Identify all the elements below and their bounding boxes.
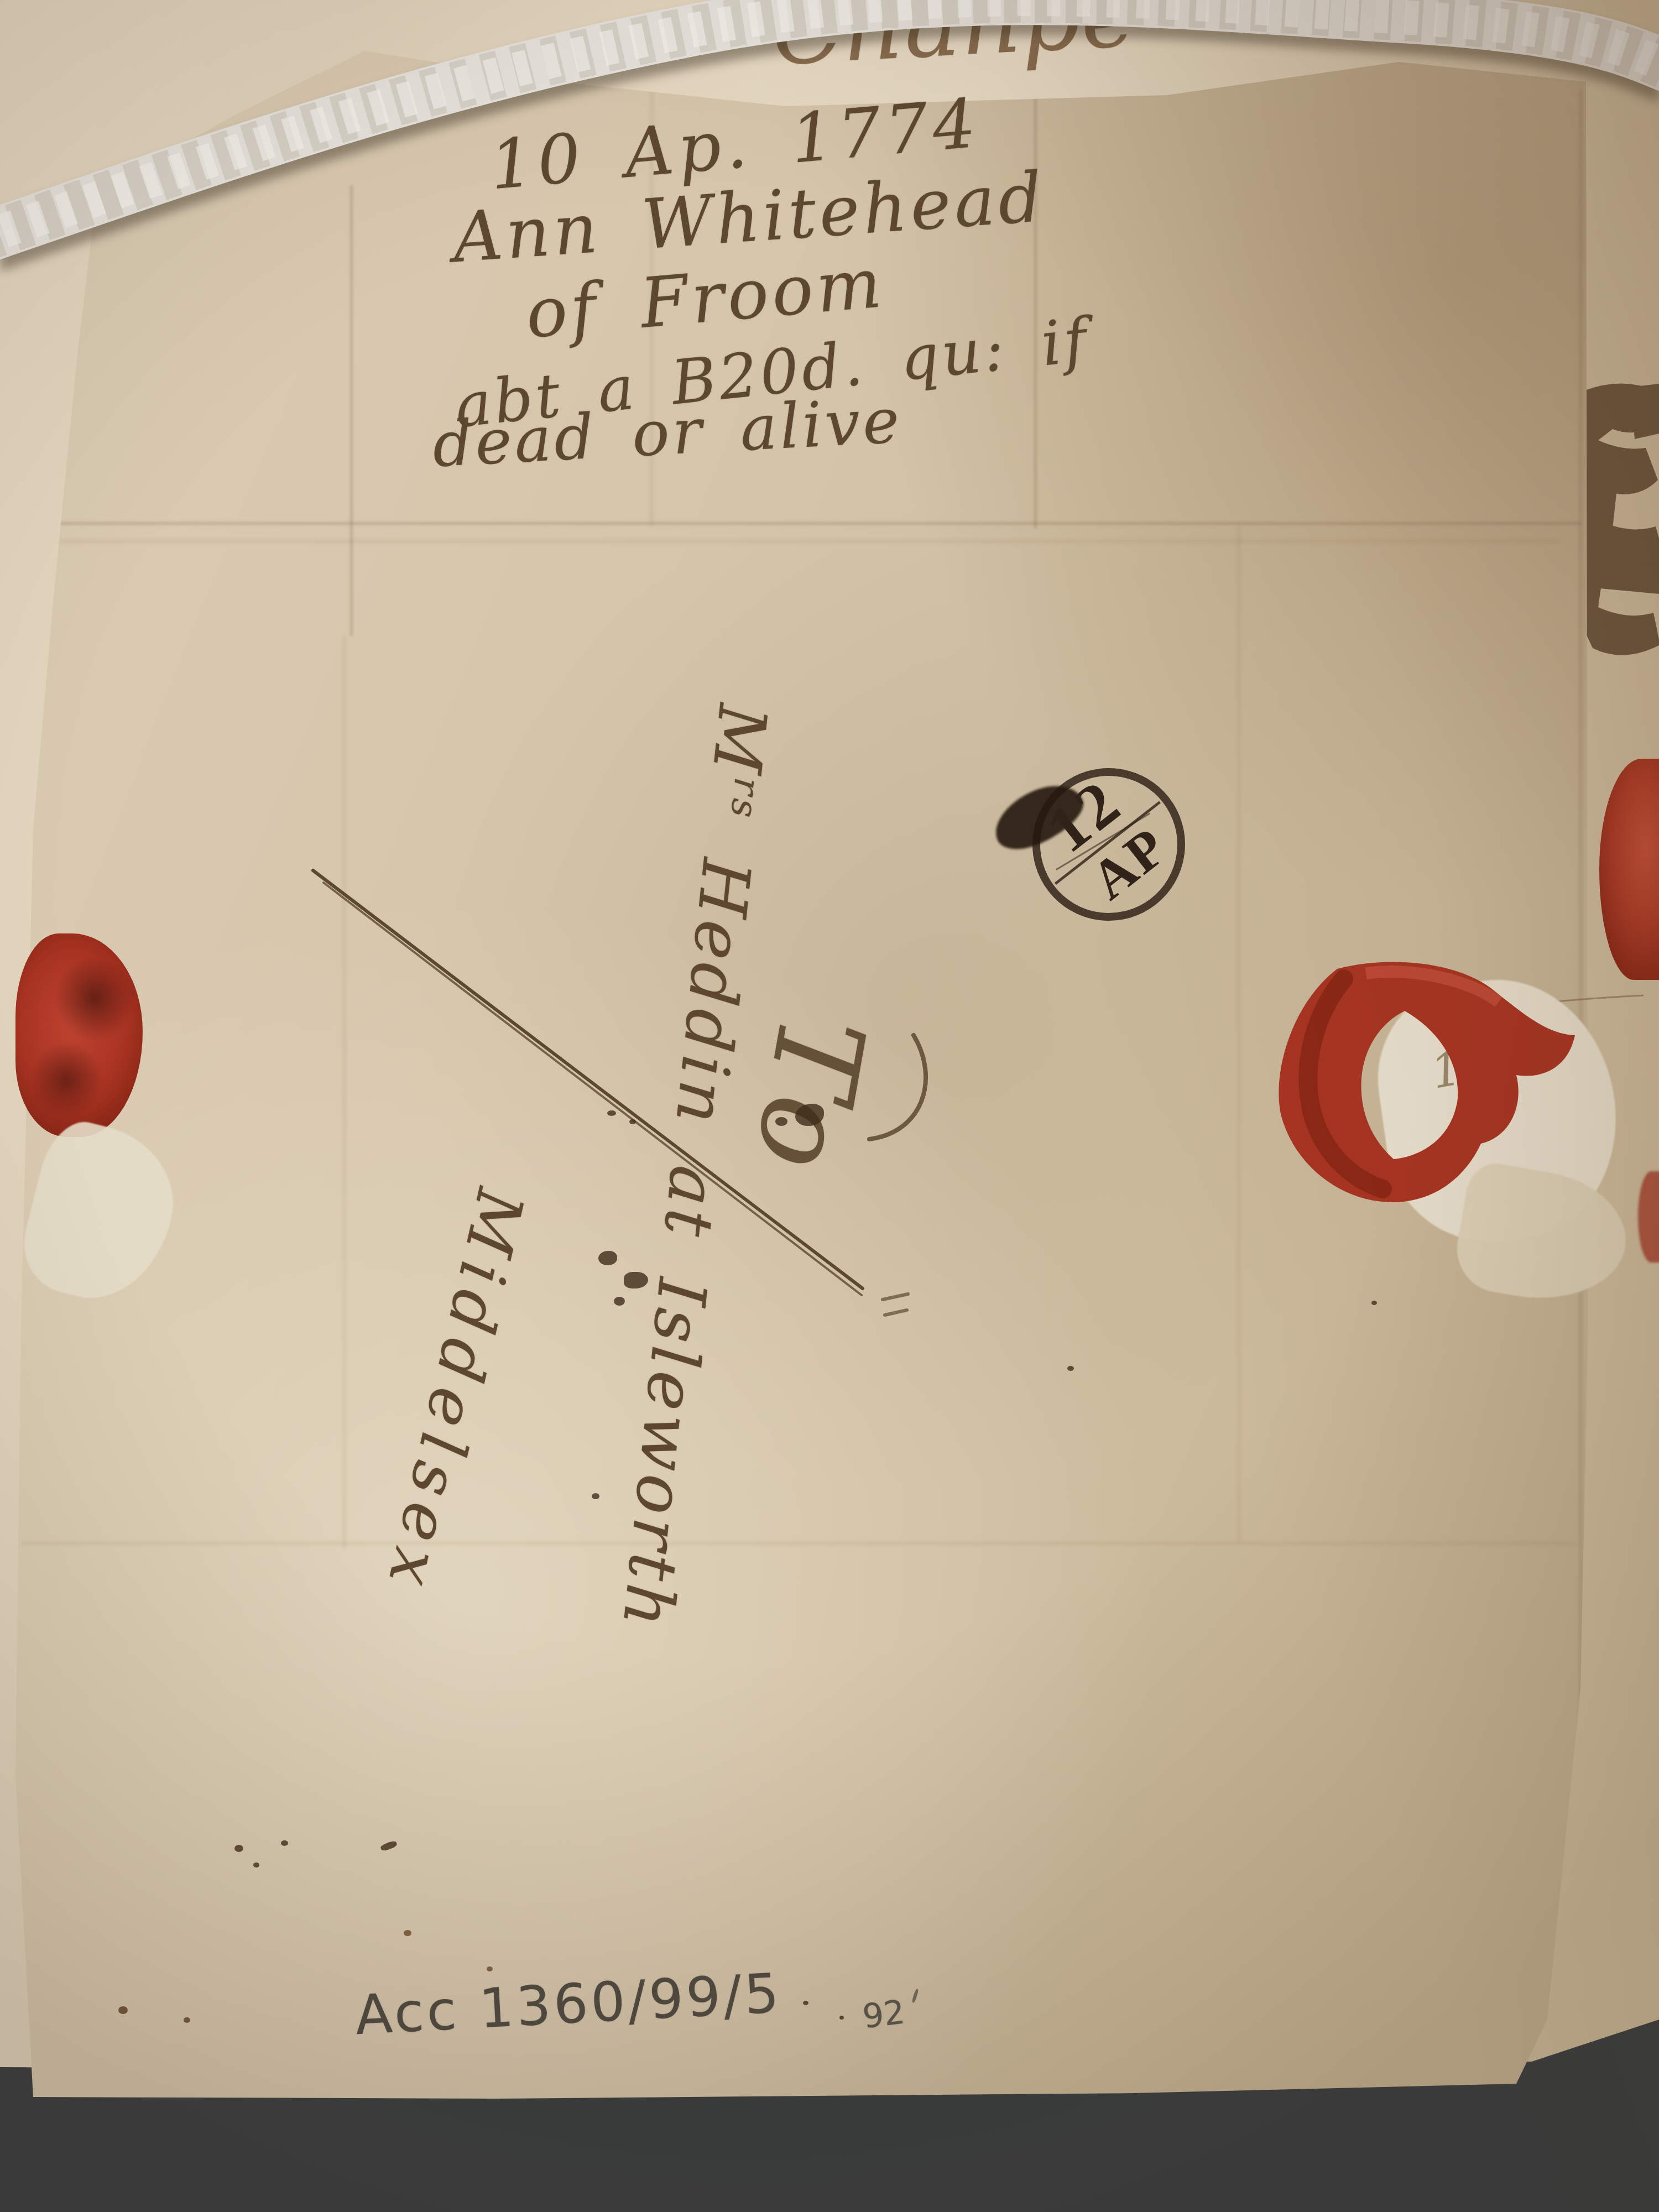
photograph-of-folded-letter: Chanpe 10 Ap. 1774 Ann Whitehead of Froo… [0,0,1659,2212]
archive-cord [0,0,1659,2212]
